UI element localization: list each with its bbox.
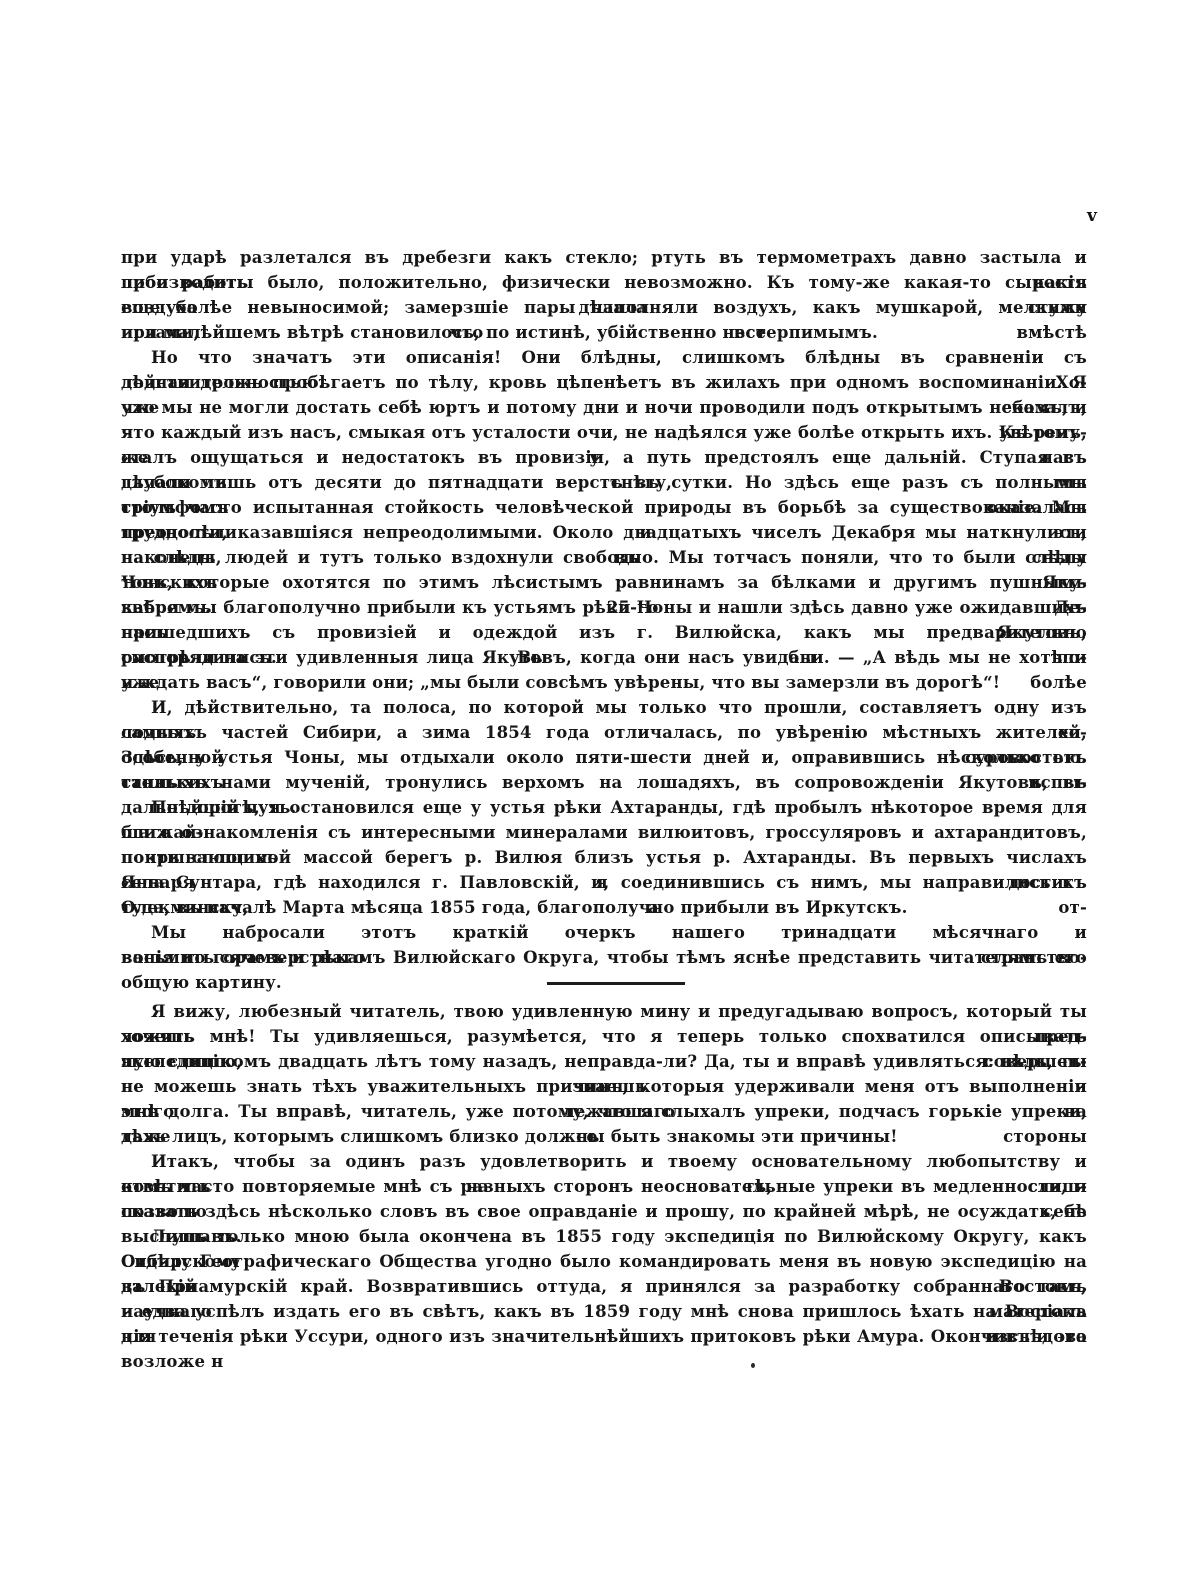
text-line: комъ часто повторяемые мнѣ съ разныхъ ст… xyxy=(121,1174,1087,1199)
text-line: почти сплошной массой берегъ р. Вилюя бл… xyxy=(121,845,1087,870)
text-line: сталъ ощущаться и недостатокъ въ провизі… xyxy=(121,445,1087,470)
text-line: и ждать васъ“, говорили они; „мы были со… xyxy=(121,670,1087,695)
text-section-2: Я вижу, любезный читатель, твою удивленн… xyxy=(121,999,1087,1349)
text-line: трудности, казавшіяся непреодолимыми. Ок… xyxy=(121,520,1087,545)
text-line: товъ, которые охотятся по этимъ лѣсистым… xyxy=(121,570,1087,595)
text-line: Но что значатъ эти описанія! Они блѣдны,… xyxy=(121,345,1087,370)
text-line: еще болѣе невыносимой; замерзшіе пары на… xyxy=(121,295,1087,320)
text-line: По дорогѣ, я остановился еще у устья рѣк… xyxy=(121,795,1087,820)
text-line: смотрѣли на эти удивленныя лица Якутовъ,… xyxy=(121,645,1087,670)
text-line: не можешь знать тѣхъ уважительныхъ причи… xyxy=(121,1074,1087,1099)
page-number: v xyxy=(1087,206,1097,226)
section-divider-rule xyxy=(547,982,685,985)
text-line: лодныхъ частей Сибири, а зима 1854 года … xyxy=(121,720,1087,745)
text-line: сказать здѣсь нѣсколько словъ въ свое оп… xyxy=(121,1199,1087,1224)
text-line: Я вижу, любезный читатель, твою удивленн… xyxy=(121,999,1087,1024)
text-line: лодная дрожь пробѣгаетъ по тѣлу, кровь ц… xyxy=(121,370,1087,395)
text-section-1: при ударѣ разлетался въ дребезги какъ ст… xyxy=(121,245,1087,970)
text-line: мнѣ долга. Ты вправѣ, читатель, уже пото… xyxy=(121,1099,1087,1124)
text-line: танныхъ нами мученій, тронулись верхомъ … xyxy=(121,770,1087,795)
text-line: столь часто испытанная стойкость человѣч… xyxy=(121,495,1087,520)
text-line: либо работы было, положительно, физическ… xyxy=(121,270,1087,295)
text-line: что мы не могли достать себѣ юртъ и пото… xyxy=(121,395,1087,420)
text-line: нія теченія рѣки Уссури, одного изъ знач… xyxy=(121,1324,1087,1349)
text-line: ложить мнѣ! Ты удивляешься, разумѣется, … xyxy=(121,1024,1087,1049)
text-line: при ударѣ разлетался въ дребезги какъ ст… xyxy=(121,245,1087,270)
text-line: и едва успѣлъ издать его въ свѣтъ, какъ … xyxy=(121,1299,1087,1324)
scan-artifact-dot xyxy=(751,1363,755,1368)
text-line: въ Приамурскій край. Возвратившись оттуд… xyxy=(121,1274,1087,1299)
text-line: кабря мы благополучно прибыли къ устьямъ… xyxy=(121,595,1087,620)
text-line: И, дѣйствительно, та полоса, по которой … xyxy=(121,695,1087,720)
text-line: что каждый изъ насъ, смыкая отъ усталост… xyxy=(121,420,1087,445)
text-line: Отдѣлу Географическаго Общества угодно б… xyxy=(121,1249,1087,1274)
text-line: Мы набросали этотъ краткій очеркъ нашего… xyxy=(121,920,1087,945)
text-line: пришедшихъ съ провизіей и одеждой изъ г.… xyxy=(121,620,1087,645)
text-line: Лишь только мною была окончена въ 1855 г… xyxy=(121,1224,1087,1249)
text-line: дѣлали лишь отъ десяти до пятнадцати вер… xyxy=(121,470,1087,495)
text-line: села Сунтара, гдѣ находился г. Павловскі… xyxy=(121,870,1087,895)
text-line: Здѣсь, у устья Чоны, мы отдыхали около п… xyxy=(121,745,1087,770)
text-line: Итакъ, чтобы за одинъ разъ удовлетворить… xyxy=(121,1149,1087,1174)
text-line: шаго ознакомленія съ интересными минерал… xyxy=(121,820,1087,845)
text-line: на слѣды людей и тутъ только вздохнули с… xyxy=(121,545,1087,570)
text-line: ную слишкомъ двадцать лѣтъ тому назадъ, … xyxy=(121,1049,1087,1074)
book-page: v при ударѣ разлетался въ дребезги какъ … xyxy=(0,0,1191,1588)
text-line: ванія по горамъ и рѣкамъ Вилюйскаго Окру… xyxy=(121,945,1087,970)
